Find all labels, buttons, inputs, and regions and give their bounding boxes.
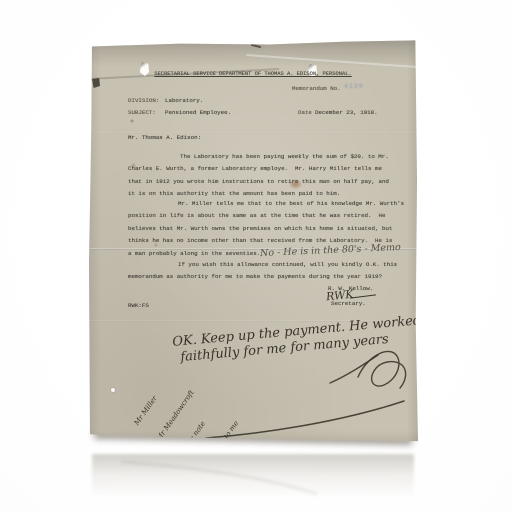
subject-value: Pensioned Employee. [165, 109, 231, 116]
signature-title: Secretary. [331, 300, 366, 307]
memorandum-paper: SECRETARIAL SERVICE DEPARTMENT OF THOMAS… [88, 40, 418, 444]
edge-tear-notch [92, 78, 100, 88]
letterhead-title: SECRETARIAL SERVICE DEPARTMENT OF THOMAS… [88, 71, 418, 77]
salutation: Mr. Thomas A. Edison: [128, 134, 201, 141]
body-line: The Laboratory has been paying weekly th… [180, 153, 389, 160]
pin-hole [111, 388, 115, 392]
paper-reflection [92, 454, 414, 506]
staple-mark [251, 44, 261, 48]
division-label: DIVISION: [128, 97, 159, 104]
body-line: thinks he has no income other than that … [128, 237, 392, 244]
body-line: position in life is about the same as at… [128, 212, 385, 219]
body-line: memorandum as authority for me to make t… [128, 273, 382, 280]
date-value: December 23, 1918. [315, 109, 378, 116]
body-line: Charles E. Wurth, a former Laboratory em… [128, 165, 382, 172]
photo-background: SECRETARIAL SERVICE DEPARTMENT OF THOMAS… [0, 0, 512, 512]
body-line: a man probably along in the seventies. [128, 250, 260, 257]
body-line: believes that Mr. Wurth owns the premise… [128, 225, 392, 232]
body-line: If you wish this allowance continued, wi… [178, 261, 397, 268]
subject-label: SUBJECT: [128, 109, 156, 116]
small-stain-2 [130, 119, 134, 123]
memorandum-number: 4139 [344, 83, 364, 90]
body-line: that in 1912 you wrote him instructions … [128, 178, 389, 185]
memorandum-no-label: Memorandum No. [292, 85, 341, 92]
body-line: it is on this authority that the amount … [128, 190, 340, 197]
diagonal-crease-right [247, 54, 418, 67]
handwritten-inline-annotation: No - He is in the 80's - Memo [260, 242, 401, 259]
body-line: Mr. Miller tells me that to the best of … [178, 200, 404, 207]
reference-initials: RWK:FS [128, 302, 149, 309]
reflection-stroke [92, 454, 414, 506]
division-value: Laboratory. [165, 97, 203, 104]
date-label: Date [298, 109, 312, 116]
